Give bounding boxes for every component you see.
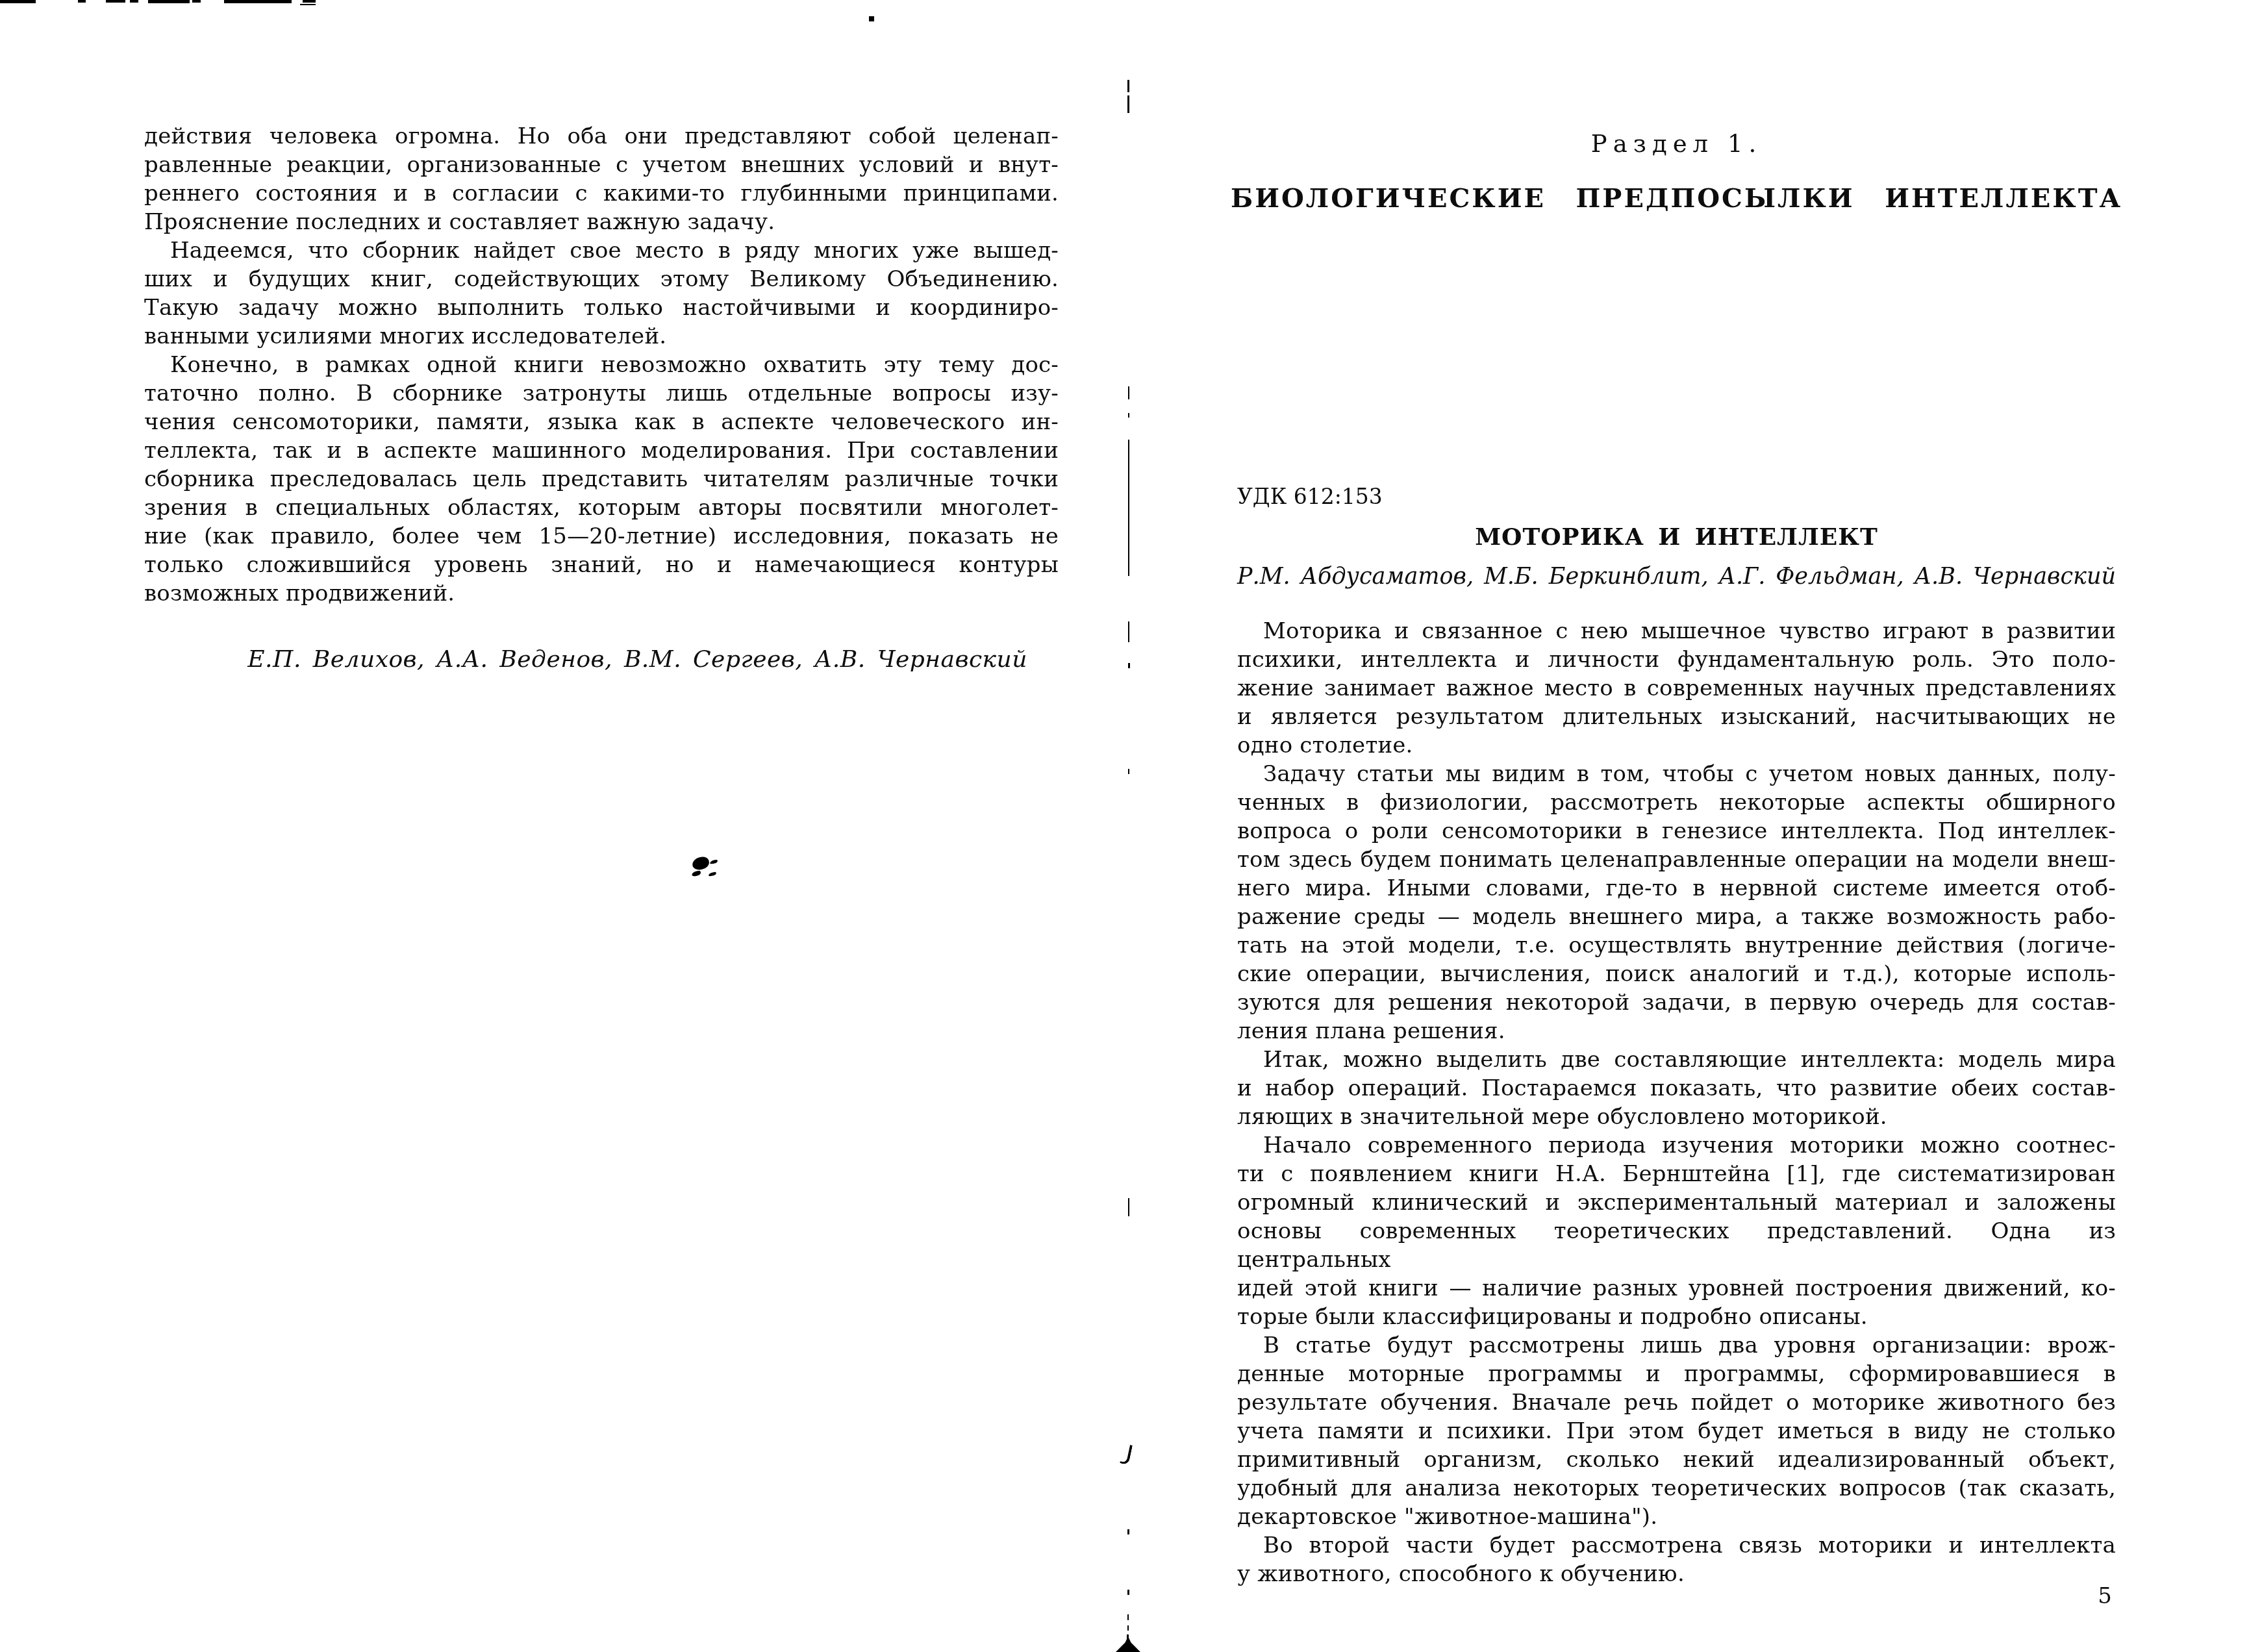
edge-mark (130, 0, 138, 3)
text-line: ние (как правило, более чем 15—20-летние… (144, 522, 1059, 551)
text-line: теллекта, так и в аспекте машинного моде… (144, 436, 1059, 465)
article-title: МОТОРИКА И ИНТЕЛЛЕКТ (1237, 523, 2116, 551)
text-line: Моторика и связанное с нею мышечное чувс… (1237, 617, 2116, 645)
text-line: торые были классифицированы и подробно о… (1237, 1303, 2116, 1331)
text-line: Итак, можно выделить две составляющие ин… (1237, 1045, 2116, 1074)
gutter-smudge (1120, 1444, 1133, 1465)
gutter-dash (1128, 440, 1129, 576)
text-line: основы современных теоретических предста… (1237, 1217, 2116, 1274)
gutter-dash (1128, 769, 1129, 774)
gutter-dash (1127, 1529, 1129, 1534)
text-line: идей этой книги — наличие разных уровней… (1237, 1274, 2116, 1303)
text-line: вопроса о роли сенсомоторики в генезисе … (1237, 817, 2116, 845)
text-line: огромный клинический и экспериментальный… (1237, 1188, 2116, 1217)
edge-mark (303, 0, 316, 3)
right-page: Раздел 1. БИОЛОГИЧЕСКИЕ ПРЕДПОСЫЛКИ ИНТЕ… (1237, 0, 2116, 1652)
speck (869, 16, 874, 21)
text-line: Начало современного периода изучения мот… (1237, 1131, 2116, 1160)
gutter-dash (1127, 1614, 1129, 1620)
text-line: зуются для решения некоторой задачи, в п… (1237, 988, 2116, 1017)
text-line: него мира. Иными словами, где-то в нервн… (1237, 874, 2116, 903)
paragraph: В статье будут рассмотрены лишь два уров… (1237, 1331, 2116, 1531)
right-page-body: Моторика и связанное с нею мышечное чувс… (1237, 617, 2116, 1588)
text-line: Такую задачу можно выполнить только наст… (144, 294, 1059, 322)
udc-code: УДК 612:153 (1237, 484, 1383, 509)
text-line: одно столетие. (1237, 731, 2116, 760)
paragraph: Задачу статьи мы видим в том, чтобы с уч… (1237, 760, 2116, 1045)
text-line: Задачу статьи мы видим в том, чтобы с уч… (1237, 760, 2116, 788)
gutter-dash (1127, 1590, 1129, 1595)
gutter-dash (1127, 95, 1129, 113)
text-line: Во второй части будет рассмотрена связь … (1237, 1531, 2116, 1560)
edge-mark (0, 0, 36, 3)
gutter-dash (1128, 386, 1129, 399)
text-line: таточно полно. В сборнике затронуты лишь… (144, 379, 1059, 408)
text-line: ванными усилиями многих исследователей. (144, 322, 1059, 351)
text-line: денные моторные программы и программы, с… (1237, 1360, 2116, 1388)
gutter-dash (1127, 80, 1129, 92)
text-line: ления плана решения. (1237, 1017, 2116, 1045)
text-line: Прояснение последних и составляет важную… (144, 208, 1059, 236)
text-line: декартовское "животное-машина"). (1237, 1503, 2116, 1531)
text-line: психики, интеллекта и личности фундамент… (1237, 645, 2116, 674)
paragraph: действия человека огромна. Но оба они пр… (144, 122, 1059, 236)
left-page-body: действия человека огромна. Но оба они пр… (144, 122, 1059, 608)
text-line: жение занимает важное место в современны… (1237, 674, 2116, 703)
edge-mark (106, 0, 125, 3)
text-line: учета памяти и психики. При этом будет и… (1237, 1417, 2116, 1445)
gutter-dash (1128, 1198, 1129, 1216)
gutter-ink-blob (1116, 1636, 1140, 1652)
text-line: том здесь будем понимать целенаправленны… (1237, 845, 2116, 874)
text-line: только сложившийся уровень знаний, но и … (144, 551, 1059, 579)
text-line: ляющих в значительной мере обусловлено м… (1237, 1103, 2116, 1131)
text-line: и набор операций. Постараемся показать, … (1237, 1074, 2116, 1103)
page-number: 5 (1237, 1583, 2112, 1609)
paragraph: Моторика и связанное с нею мышечное чувс… (1237, 617, 2116, 760)
text-line: тать на этой модели, т.е. осуществлять в… (1237, 931, 2116, 960)
gutter-dash (1128, 413, 1129, 418)
text-line: ти с появлением книги Н.А. Бернштейна [1… (1237, 1160, 2116, 1188)
edge-mark (78, 0, 86, 3)
paragraph: Итак, можно выделить две составляющие ин… (1237, 1045, 2116, 1131)
text-line: реннего состояния и в согласии с какими-… (144, 179, 1059, 208)
gutter-dash (1128, 621, 1129, 642)
paragraph: Надеемся, что сборник найдет свое место … (144, 236, 1059, 351)
text-line: зрения в специальных областях, которым а… (144, 494, 1059, 522)
text-line: чения сенсомоторики, памяти, языка как в… (144, 408, 1059, 436)
text-line: и является результатом длительных изыска… (1237, 703, 2116, 731)
text-line: сборника преследовалась цель представить… (144, 465, 1059, 494)
gutter-dash (1128, 663, 1130, 668)
text-line: ченных в физиологии, рассмотреть некотор… (1237, 788, 2116, 817)
article-authors: Р.М. Абдусаматов, М.Б. Беркинблит, А.Г. … (1237, 564, 2116, 590)
text-line: В статье будут рассмотрены лишь два уров… (1237, 1331, 2116, 1360)
text-line: ших и будущих книг, содействующих этому … (144, 265, 1059, 294)
preface-signature: Е.П. Велихов, А.А. Веденов, В.М. Сергеев… (144, 646, 1059, 673)
edge-mark (300, 4, 316, 5)
gutter-dash (1127, 1625, 1129, 1631)
text-line: удобный для анализа некоторых теоретичес… (1237, 1474, 2116, 1503)
text-line: действия человека огромна. Но оба они пр… (144, 122, 1059, 151)
text-line: равленные реакции, организованные с учет… (144, 151, 1059, 179)
edge-mark (192, 0, 201, 3)
text-line: ражение среды — модель внешнего мира, а … (1237, 903, 2116, 931)
paragraph: Начало современного периода изучения мот… (1237, 1131, 2116, 1331)
text-line: примитивный организм, сколько некий идеа… (1237, 1445, 2116, 1474)
text-line: возможных продвижений. (144, 579, 1059, 608)
text-line: ские операции, вычисления, поиск аналоги… (1237, 960, 2116, 988)
paragraph: Конечно, в рамках одной книги невозможно… (144, 351, 1059, 608)
edge-mark (148, 0, 190, 3)
text-line: результате обучения. Вначале речь пойдет… (1237, 1388, 2116, 1417)
book-spread-scan: действия человека огромна. Но оба они пр… (0, 0, 2249, 1652)
section-title: БИОЛОГИЧЕСКИЕ ПРЕДПОСЫЛКИ ИНТЕЛЛЕКТА (1231, 183, 2122, 214)
paragraph: Во второй части будет рассмотрена связь … (1237, 1531, 2116, 1588)
edge-mark (224, 0, 292, 3)
text-line: Надеемся, что сборник найдет свое место … (144, 236, 1059, 265)
left-page: действия человека огромна. Но оба они пр… (144, 0, 1059, 1652)
section-label: Раздел 1. (1237, 130, 2116, 158)
text-line: Конечно, в рамках одной книги невозможно… (144, 351, 1059, 379)
